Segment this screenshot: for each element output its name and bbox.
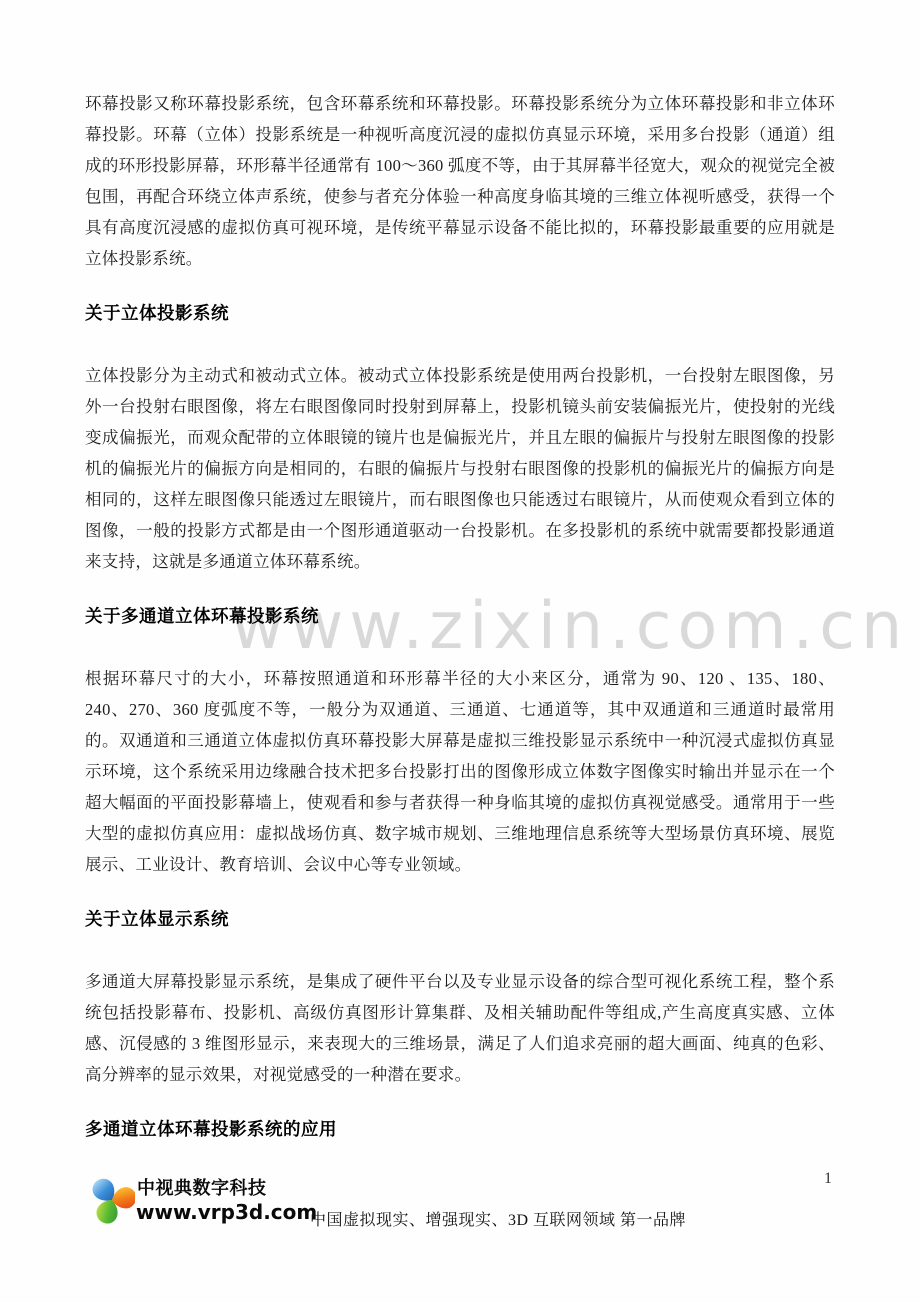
vrp3d-pinwheel-logo-icon — [89, 1174, 135, 1226]
paragraph-ring-screen-intro: 环幕投影又称环幕投影系统，包含环幕系统和环幕投影。环幕投影系统分为立体环幕投影和… — [85, 88, 835, 274]
company-name: 中视典数字科技 — [137, 1174, 267, 1200]
company-website: www.vrp3d.com — [136, 1200, 317, 1224]
company-slogan: 中国虚拟现实、增强现实、3D 互联网领域 第一品牌 — [310, 1207, 686, 1230]
paragraph-multichannel-ring-screen: 根据环幕尺寸的大小，环幕按照通道和环形幕半径的大小来区分，通常为 90、120 … — [85, 663, 835, 880]
heading-stereo-display-system: 关于立体显示系统 — [85, 908, 835, 930]
paragraph-stereo-projection: 立体投影分为主动式和被动式立体。被动式立体投影系统是使用两台投影机，一台投射左眼… — [85, 360, 835, 577]
heading-applications: 多通道立体环幕投影系统的应用 — [85, 1118, 835, 1140]
paragraph-stereo-display: 多通道大屏幕投影显示系统，是集成了硬件平台以及专业显示设备的综合型可视化系统工程… — [85, 966, 835, 1090]
heading-stereo-projection-system: 关于立体投影系统 — [85, 302, 835, 324]
document-page: www.zixin.com.cn 环幕投影又称环幕投影系统，包含环幕系统和环幕投… — [0, 0, 920, 1302]
document-body: 环幕投影又称环幕投影系统，包含环幕系统和环幕投影。环幕投影系统分为立体环幕投影和… — [85, 88, 835, 1176]
heading-multichannel-ring-screen-system: 关于多通道立体环幕投影系统 — [85, 605, 835, 627]
